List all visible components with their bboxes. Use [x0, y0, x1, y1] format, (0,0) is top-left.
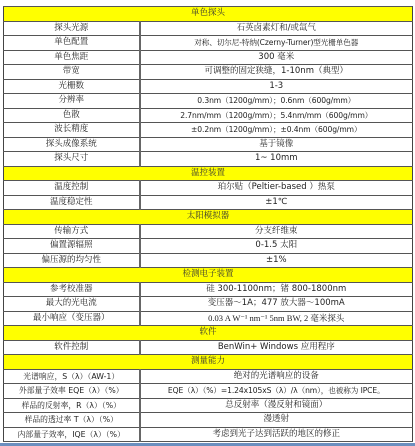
row-label: 样品的反射率，R（λ）（%）: [4, 398, 140, 413]
row-value: ±1%: [140, 253, 413, 268]
row-value: 绝对的光谱响应的设备: [140, 369, 413, 384]
row-label: 软件控制: [4, 340, 140, 355]
row-value: 考虑到光子达到活跃的地区的修正: [140, 427, 413, 442]
table-row: 传输方式 分支纤维束: [4, 224, 413, 239]
table-row: 探头尺寸 1~ 10mm: [4, 152, 413, 167]
row-label: 单色焦距: [4, 50, 140, 65]
row-value: 硅 300-1100nm；锗 800-1800nm: [140, 282, 413, 297]
row-label: 带宽: [4, 65, 140, 80]
row-label: 最大的光电流: [4, 297, 140, 312]
table-row: 探头成像系统 基于镜像: [4, 137, 413, 152]
row-value: 可调整的固定狭缝，1-10nm（典型）: [140, 65, 413, 80]
section-header-solar-simulator: 太阳模拟器: [4, 210, 413, 225]
row-value: 基于镜像: [140, 137, 413, 152]
table-row: 偏压源的均匀性 ±1%: [4, 253, 413, 268]
row-value: 变压器～1A；477 放大器～100mA: [140, 297, 413, 312]
row-value: ±1℃: [140, 195, 413, 210]
section-title: 测量能力: [4, 355, 413, 370]
row-value: 漫透射: [140, 413, 413, 428]
row-value: ±0.2nm（1200g/mm）；±0.4nm（600g/mm）: [140, 123, 413, 138]
table-row: 带宽 可调整的固定狭缝，1-10nm（典型）: [4, 65, 413, 80]
table-row: 探头光源 石英卤素灯和/或氙气: [4, 21, 413, 36]
table-row: 波长精度 ±0.2nm（1200g/mm）；±0.4nm（600g/mm）: [4, 123, 413, 138]
row-label: 外部量子效率 EQE（λ）（%）: [4, 384, 140, 399]
row-label: 探头光源: [4, 21, 140, 36]
section-title: 单色探头: [4, 7, 413, 22]
row-label: 单色配置: [4, 36, 140, 51]
table-row: 单色焦距 300 毫米: [4, 50, 413, 65]
row-label: 温度控制: [4, 181, 140, 196]
section-header-measurement-capability: 测量能力: [4, 355, 413, 370]
row-value: 0-1.5 太阳: [140, 239, 413, 254]
section-title: 软件: [4, 326, 413, 341]
row-label: 样品的透过率 T（λ）（%）: [4, 413, 140, 428]
section-header-monochromator-probe: 单色探头: [4, 7, 413, 22]
table-row: 内部量子效率，IQE（λ）（%） 考虑到光子达到活跃的地区的修正: [4, 427, 413, 442]
row-label: 探头成像系统: [4, 137, 140, 152]
table-row: 最小响应（变压器） 0.03 A W⁻¹ nm⁻¹ 5nm BW, 2 毫米探头: [4, 311, 413, 326]
row-value: 300 毫米: [140, 50, 413, 65]
row-label: 分辨率: [4, 94, 140, 109]
table-row: 外部量子效率 EQE（λ）（%） EQE（λ）（%）=1.24x105xS（λ）…: [4, 384, 413, 399]
row-value: 0.03 A W⁻¹ nm⁻¹ 5nm BW, 2 毫米探头: [140, 311, 413, 326]
row-label: 参考校准器: [4, 282, 140, 297]
row-value: 0.3nm（1200g/mm）；0.6nm（600g/mm）: [140, 94, 413, 109]
row-label: 偏置源辐照: [4, 239, 140, 254]
row-value: 总反射率（漫反射和镜面）: [140, 398, 413, 413]
row-value: 珀尔贴（Peltier-based ）热泵: [140, 181, 413, 196]
row-label: 波长精度: [4, 123, 140, 138]
section-header-software: 软件: [4, 326, 413, 341]
table-row: 分辨率 0.3nm（1200g/mm）；0.6nm（600g/mm）: [4, 94, 413, 109]
row-label: 光栅数: [4, 79, 140, 94]
section-title: 检测电子装置: [4, 268, 413, 283]
table-row: 温度控制 珀尔贴（Peltier-based ）热泵: [4, 181, 413, 196]
section-title: 太阳模拟器: [4, 210, 413, 225]
row-value: 石英卤素灯和/或氙气: [140, 21, 413, 36]
table-row: 单色配置 对称、切尔尼-特纳(Czerny-Turner)型光栅单色器: [4, 36, 413, 51]
table-row: 温度稳定性 ±1℃: [4, 195, 413, 210]
spec-table: 单色探头 探头光源 石英卤素灯和/或氙气 单色配置 对称、切尔尼-特纳(Czer…: [3, 6, 413, 442]
row-value: BenWin+ Windows 应用程序: [140, 340, 413, 355]
section-header-detection-electronics: 检测电子装置: [4, 268, 413, 283]
table-row: 软件控制 BenWin+ Windows 应用程序: [4, 340, 413, 355]
row-value: 分支纤维束: [140, 224, 413, 239]
row-label: 光谱响应，S（λ）（AW-1）: [4, 369, 140, 384]
row-value: 1-3: [140, 79, 413, 94]
section-header-temperature-control: 温控装置: [4, 166, 413, 181]
table-row: 色散 2.7nm/mm（1200g/mm）；5.4nm/mm（600g/mm）: [4, 108, 413, 123]
row-value: 2.7nm/mm（1200g/mm）；5.4nm/mm（600g/mm）: [140, 108, 413, 123]
row-label: 内部量子效率，IQE（λ）（%）: [4, 427, 140, 442]
table-row: 光栅数 1-3: [4, 79, 413, 94]
row-label: 偏压源的均匀性: [4, 253, 140, 268]
table-row: 参考校准器 硅 300-1100nm；锗 800-1800nm: [4, 282, 413, 297]
row-label: 探头尺寸: [4, 152, 140, 167]
row-value: EQE（λ）（%）=1.24x105xS（λ）/λ（nm），也被称为 IPCE。: [140, 384, 413, 399]
row-value: 对称、切尔尼-特纳(Czerny-Turner)型光栅单色器: [140, 36, 413, 51]
section-title: 温控装置: [4, 166, 413, 181]
table-row: 偏置源辐照 0-1.5 太阳: [4, 239, 413, 254]
table-row: 光谱响应，S（λ）（AW-1） 绝对的光谱响应的设备: [4, 369, 413, 384]
table-row: 样品的反射率，R（λ）（%） 总反射率（漫反射和镜面）: [4, 398, 413, 413]
row-label: 色散: [4, 108, 140, 123]
table-row: 最大的光电流 变压器～1A；477 放大器～100mA: [4, 297, 413, 312]
table-row: 样品的透过率 T（λ）（%） 漫透射: [4, 413, 413, 428]
row-label: 最小响应（变压器）: [4, 311, 140, 326]
row-value: 1~ 10mm: [140, 152, 413, 167]
row-label: 温度稳定性: [4, 195, 140, 210]
row-label: 传输方式: [4, 224, 140, 239]
